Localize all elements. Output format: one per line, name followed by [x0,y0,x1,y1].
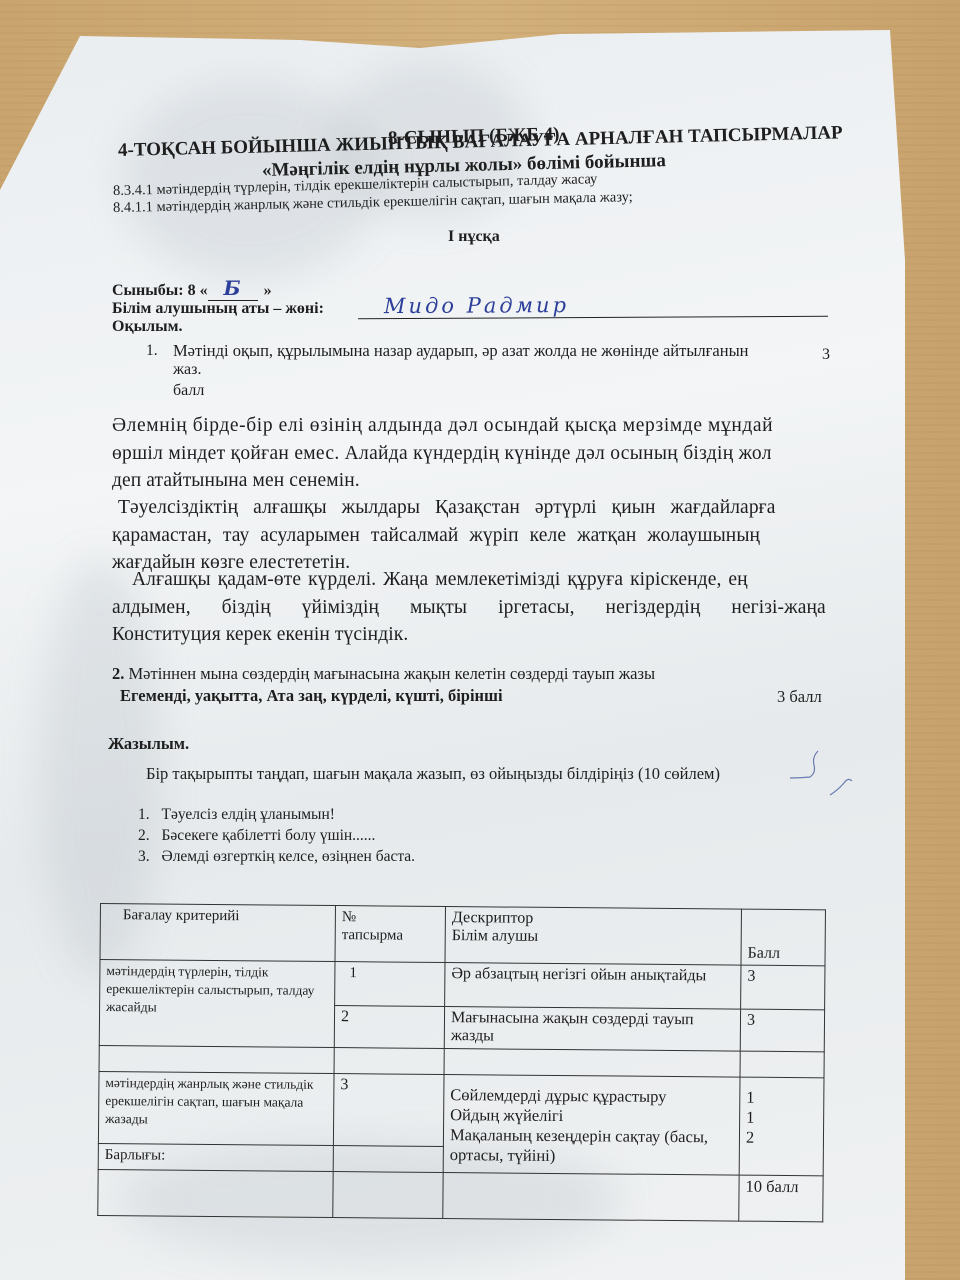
points-item: 2 [746,1128,817,1149]
task-cell: 3 [333,1074,444,1147]
class-label: Сыныбы: 8 « [112,282,208,299]
topic-number: 2. [138,827,150,844]
task-2-words: Егеменді, уақытта, Ата заң, күрделі, күш… [120,686,503,706]
header-task-number: № тапсырма [335,906,445,963]
student-name-field[interactable]: Мидо Радмир [358,292,828,319]
task-cell: 1 [335,962,445,1007]
points-cell-multi: 1 1 2 [739,1077,824,1176]
total-points: 10 балл [739,1175,823,1222]
assessment-table: Бағалау критерийі № тапсырма Дескриптор … [97,903,826,1222]
passage-line: деп атайтынына мен сенемін. [112,467,773,495]
table-row-total: 10 балл [98,1169,823,1221]
topic-item-2: 2. Бәсекеге қабілетті болу үшін...... [138,827,375,845]
empty-cell [333,1146,443,1173]
class-field[interactable]: Сыныбы: 8 «Б» [112,276,272,301]
points-item: 1 [746,1088,817,1109]
table-row: мәтіндердің жанрлық және стильдік ерекше… [98,1071,824,1149]
passage-paragraph-1: Әлемнің бірде-бір елі өзінің алдында дәл… [112,412,773,495]
empty-cell [98,1169,333,1217]
total-label: Барлығы: [98,1143,333,1171]
descriptor-cell: Әр абзацтың негізгі ойын анықтайды [445,963,741,1010]
descriptor-cell-multi: Сөйлемдерді дұрыс құрастыру Ойдың жүйелі… [443,1075,740,1176]
descriptor-item: Ойдың жүйелігі [450,1105,733,1127]
student-name-value: Мидо Радмир [384,293,569,318]
reading-heading: Оқылым. [112,318,183,336]
table-header-row: Бағалау критерийі № тапсырма Дескриптор … [100,904,825,966]
header-criteria: Бағалау критерийі [100,904,335,962]
header-descriptor-sub: Білім алушы [452,927,735,947]
variant-label: І нұсқа [448,228,500,246]
task-1-points-label: балл [173,382,204,400]
empty-cell [99,1045,334,1073]
points-cell: 3 [741,965,825,1010]
task-1-points-number: 3 [822,346,830,364]
passage-line: қарамастан, тау асуларымен тайсалмай жүр… [112,522,776,550]
topic-text: Бәсекеге қабілетті болу үшін...... [162,827,376,844]
writing-instruction: Бір тақырыпты таңдап, шағын мақала жазып… [146,764,720,784]
task-2-points: 3 балл [777,687,822,707]
writing-heading: Жазылым. [108,734,189,754]
criteria-cell-2: мәтіндердің жанрлық және стильдік ерекше… [98,1071,334,1145]
descriptor-item: Сөйлемдерді дұрыс құрастыру [450,1085,733,1107]
empty-cell [444,1049,740,1078]
task-1-text: Мәтінді оқып, құрылымына назар аударып, … [173,341,749,361]
task-cell: 2 [334,1006,444,1049]
table-row: мәтіндердің түрлерін, тілдік ерекшелікте… [100,960,825,1010]
passage-paragraph-3: Алғашқы қадам-өте күрделі. Жаңа мемлекет… [112,566,826,649]
topic-text: Әлемді өзгерткің келсе, өзіңнен баста. [162,848,416,865]
student-name-label: Білім алушының аты – жөні: [112,300,324,318]
descriptor-cell: Мағынасына жақын сөздерді тауып жазды [444,1007,740,1052]
passage-line: Конституция керек екенін түсіндік. [112,621,826,649]
topic-item-3: 3. Әлемді өзгерткің келсе, өзіңнен баста… [138,848,415,866]
task-2-number: 2. [112,664,124,683]
class-value[interactable]: Б [208,276,258,301]
points-cell: 3 [740,1009,824,1052]
passage-line: Алғашқы қадам-өте күрделі. Жаңа мемлекет… [112,566,826,594]
empty-cell [740,1051,824,1078]
header-descriptor: Дескриптор Білім алушы [445,907,741,966]
passage-paragraph-2: Тәуелсіздіктің алғашқы жылдары Қазақстан… [112,494,776,577]
criteria-cell-1: мәтіндердің түрлерін, тілдік ерекшелікте… [99,960,335,1048]
task-1-number: 1. [146,342,158,360]
task-2-text: Мәтіннен мына сөздердің мағынасына жақын… [129,664,656,683]
header-task-no-label: тапсырма [342,926,439,945]
topic-text: Тәуелсіз елдің ұланымын! [162,806,335,823]
task-1-text-cont: жаз. [173,361,201,379]
passage-line: өршіл міндет қойған емес. Алайда күндерд… [112,440,773,468]
pen-scribble-icon [790,745,890,805]
empty-cell [443,1173,739,1222]
topic-number: 3. [138,848,150,865]
header-points: Балл [741,909,825,966]
points-item: 1 [746,1108,817,1129]
passage-line: алдымен, біздің үйіміздің мықты іргетасы… [112,594,826,622]
empty-cell [333,1172,443,1219]
header-task-no-symbol: № [342,908,439,927]
passage-line: Әлемнің бірде-бір елі өзінің алдында дәл… [112,412,773,440]
empty-cell [334,1048,444,1075]
task-2-line: 2. Мәтіннен мына сөздердің мағынасына жа… [112,664,655,684]
worksheet-paper: 8-СЫНЫП (БЖБ 4) 4-ТОҚСАН БОЙЫНША ЖИЫНТЫҚ… [0,0,960,1280]
topic-item-1: 1. Тәуелсіз елдің ұланымын! [138,806,335,824]
passage-line: Тәуелсіздіктің алғашқы жылдары Қазақстан… [112,494,776,522]
descriptor-item: Мақаланың кезеңдерін сақтау (басы, ортас… [450,1125,733,1167]
topic-number: 1. [138,806,150,823]
class-close: » [264,282,272,299]
